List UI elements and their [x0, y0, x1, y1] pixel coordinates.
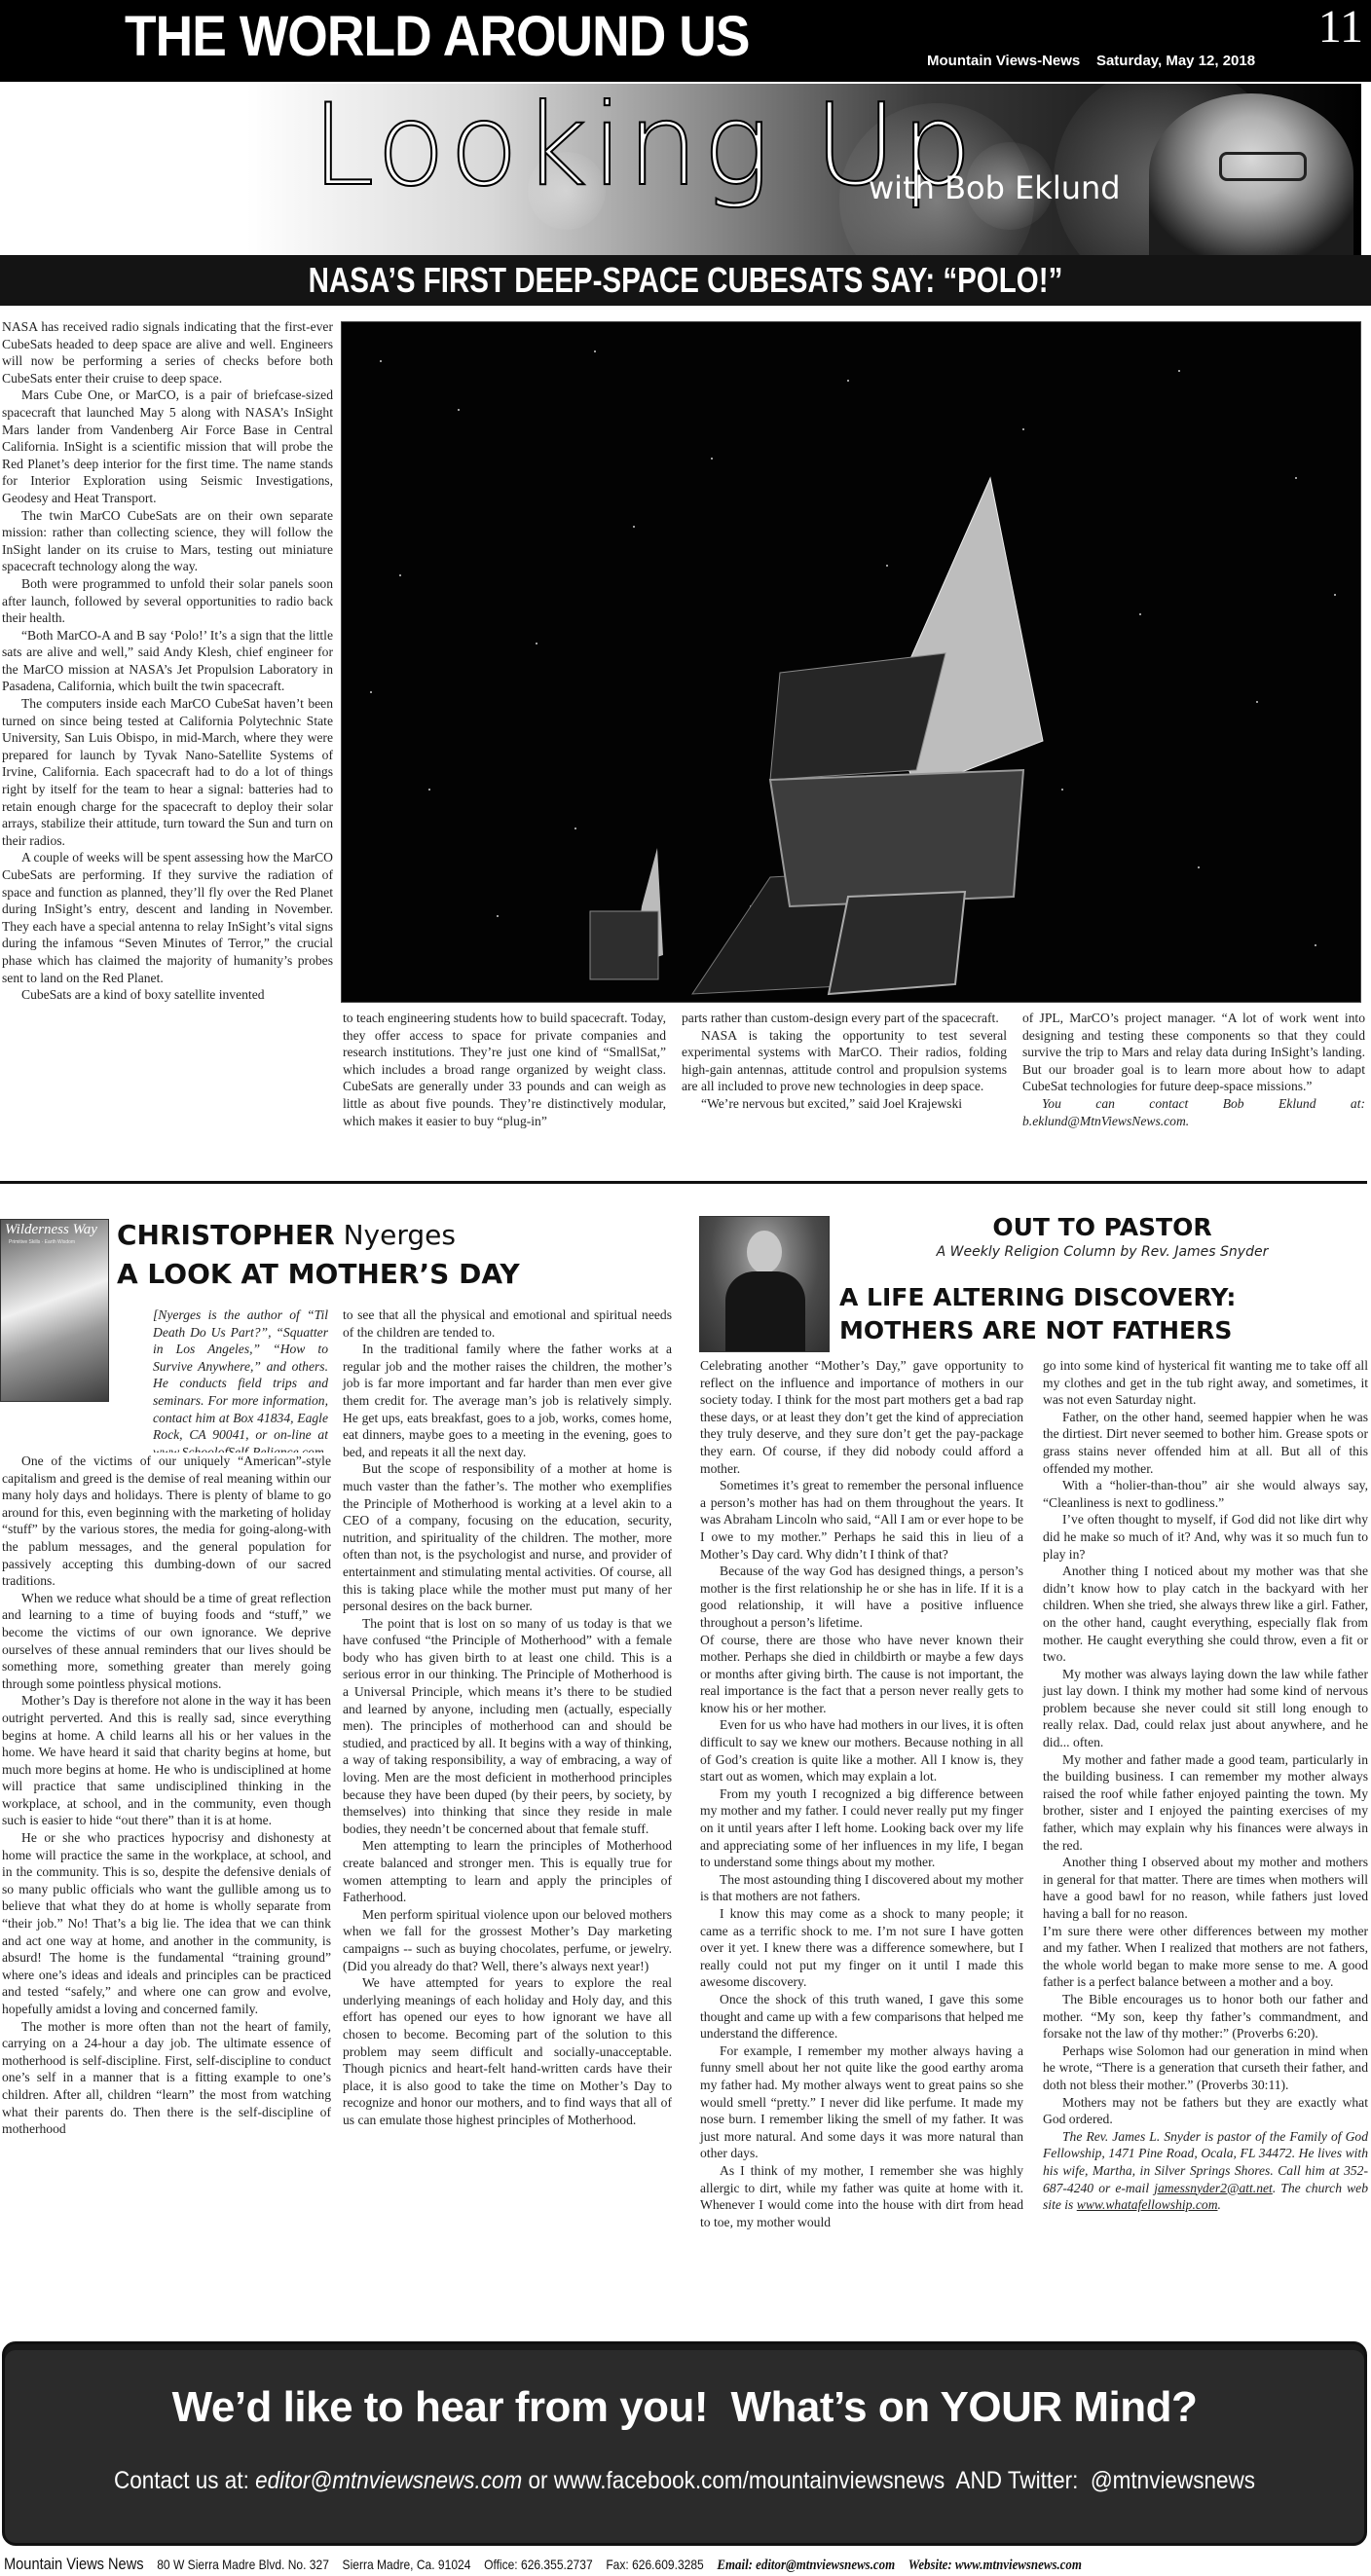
- columnist-name: CHRISTOPHER Nyerges: [117, 1219, 456, 1251]
- paragraph: The most astounding thing I discovered a…: [700, 1871, 1023, 1905]
- paragraph: Mother’s Day is therefore not alone in t…: [2, 1692, 331, 1829]
- contact-line: Contact us at: editor@mtnviewsnews.com o…: [73, 2467, 1296, 2495]
- page-number: 11: [1318, 0, 1363, 54]
- footer-website[interactable]: Website: www.mtnviewsnews.com: [908, 2558, 1082, 2573]
- paragraph: of JPL, MarCO’s project manager. “A lot …: [1022, 1010, 1365, 1095]
- pastor-column-name: OUT TO PASTOR: [839, 1213, 1365, 1241]
- paragraph: My mother and father made a good team, p…: [1043, 1751, 1368, 1855]
- section-title: THE WORLD AROUND US: [125, 4, 750, 69]
- paragraph: “We’re nervous but excited,” said Joel K…: [682, 1095, 1007, 1113]
- footer-email[interactable]: Email: editor@mtnviewsnews.com: [717, 2558, 895, 2573]
- book-cover-subtitle: Primitive Skills · Earth Wisdom: [9, 1239, 75, 1245]
- issue-date: Saturday, May 12, 2018: [1096, 53, 1255, 69]
- paragraph: When we reduce what should be a time of …: [2, 1590, 331, 1693]
- paragraph: Once the shock of this truth waned, I ga…: [700, 1991, 1023, 2042]
- paragraph: The computers inside each MarCO CubeSat …: [2, 695, 333, 849]
- paragraph: Mars Cube One, or MarCO, is a pair of br…: [2, 386, 333, 506]
- looking-up-banner: Looking Up with Bob Eklund: [2, 84, 1361, 255]
- paragraph: The Bible encourages us to honor both ou…: [1043, 1991, 1368, 2042]
- contact-or: or: [522, 2467, 554, 2494]
- twitter-label: AND Twitter:: [945, 2467, 1091, 2494]
- church-website-link[interactable]: www.whatafellowship.com: [1077, 2197, 1218, 2212]
- footer-paper-name: Mountain Views News: [4, 2555, 144, 2573]
- title-line-1: A LIFE ALTERING DISCOVERY:: [839, 1281, 1236, 1314]
- paragraph: Another thing I observed about my mother…: [1043, 1854, 1368, 1922]
- paragraph: Because of the way God has designed thin…: [700, 1563, 1023, 1631]
- paragraph: For example, I remember my mother always…: [700, 2042, 1023, 2162]
- lead-article-col-3: parts rather than custom-design every pa…: [682, 1010, 1007, 1113]
- facebook-link[interactable]: www.facebook.com/mountainviewsnews: [554, 2467, 945, 2494]
- footer-office-phone: Office: 626.355.2737: [484, 2557, 593, 2572]
- photo-head-shape: [747, 1231, 782, 1273]
- lead-headline: NASA’S FIRST DEEP-SPACE CUBESATS SAY: “P…: [124, 255, 1248, 306]
- photo-suit-shape: [725, 1271, 805, 1352]
- paragraph: to see that all the physical and emotion…: [343, 1306, 672, 1341]
- author-contact-note[interactable]: You can contact Bob Eklund at: b.eklund@…: [1022, 1095, 1365, 1129]
- paragraph: With a “holier-than-thou” air she would …: [1043, 1477, 1368, 1511]
- paragraph: Of course, there are those who have neve…: [700, 1632, 1023, 1717]
- paragraph: Sometimes it’s great to remember the per…: [700, 1477, 1023, 1563]
- footer-address: 80 W Sierra Madre Blvd. No. 327: [157, 2557, 329, 2572]
- paragraph: CubeSats are a kind of boxy satellite in…: [2, 986, 333, 1004]
- paragraph: go into some kind of hysterical fit want…: [1043, 1357, 1368, 1409]
- paragraph: parts rather than custom-design every pa…: [682, 1010, 1007, 1027]
- paragraph: We have attempted for years to explore t…: [343, 1974, 672, 2128]
- bio-text: .: [1218, 2197, 1221, 2212]
- paragraph: Men perform spiritual violence upon our …: [343, 1906, 672, 1974]
- headline-bar: NASA’S FIRST DEEP-SPACE CUBESATS SAY: “P…: [0, 255, 1371, 306]
- columnist-last-name: Nyerges: [335, 1219, 456, 1251]
- paper-name: Mountain Views-News: [927, 53, 1080, 69]
- paragraph: Celebrating another “Mother’s Day,” gave…: [700, 1357, 1023, 1477]
- nyerges-article-title: A LOOK AT MOTHER’S DAY: [117, 1258, 520, 1290]
- masthead: THE WORLD AROUND US 11 Mountain Views-Ne…: [0, 0, 1371, 82]
- paragraph: My mother was always laying down the law…: [1043, 1666, 1368, 1751]
- editor-email-link[interactable]: editor@mtnviewsnews.com: [255, 2467, 522, 2494]
- page-footer: Mountain Views News 80 W Sierra Madre Bl…: [4, 2555, 1176, 2574]
- paper-date-line: Mountain Views-News Saturday, May 12, 20…: [927, 53, 1255, 69]
- contact-prefix: Contact us at:: [114, 2467, 255, 2494]
- glasses-shape: [1219, 152, 1307, 181]
- paragraph: The mother is more often than not the he…: [2, 2018, 331, 2138]
- paragraph: Another thing I noticed about my mother …: [1043, 1563, 1368, 1666]
- paragraph: The twin MarCO CubeSats are on their own…: [2, 507, 333, 575]
- paragraph: Even for us who have had mothers in our …: [700, 1716, 1023, 1785]
- james-snyder-photo: [699, 1216, 830, 1352]
- column-byline: with Bob Eklund: [869, 169, 1121, 206]
- paragraph: In the traditional family where the fath…: [343, 1341, 672, 1460]
- pastor-bio: The Rev. James L. Snyder is pastor of th…: [1043, 2128, 1368, 2214]
- section-divider: [0, 1181, 1367, 1184]
- lead-article-col-2: to teach engineering students how to bui…: [343, 1010, 666, 1129]
- paragraph: From my youth I recognized a big differe…: [700, 1785, 1023, 1871]
- pastor-col-1: Celebrating another “Mother’s Day,” gave…: [700, 1357, 1023, 2230]
- bob-eklund-portrait: [1149, 93, 1353, 255]
- nyerges-col-1: One of the victims of our uniquely “Amer…: [2, 1306, 331, 2138]
- cubesat-illustration-icon: [342, 322, 1361, 1003]
- paragraph: But the scope of responsibility of a mot…: [343, 1460, 672, 1614]
- paragraph: Mothers may not be fathers but they are …: [1043, 2094, 1368, 2128]
- lead-article-col-1: NASA has received radio signals indicati…: [2, 318, 333, 1004]
- paragraph: Perhaps wise Solomon had our generation …: [1043, 2042, 1368, 2094]
- book-cover-title: Wilderness Way: [5, 1222, 97, 1238]
- paragraph: to teach engineering students how to bui…: [343, 1010, 666, 1129]
- columnist-first-name: CHRISTOPHER: [117, 1219, 335, 1251]
- contact-call-to-action: We’d like to hear from you! What’s on YO…: [5, 2383, 1364, 2432]
- paragraph: The point that is lost on so many of us …: [343, 1615, 672, 1838]
- pastor-column-subtitle: A Weekly Religion Column by Rev. James S…: [839, 1244, 1365, 1260]
- paragraph: Father, on the other hand, seemed happie…: [1043, 1409, 1368, 1477]
- paragraph: He or she who practices hypocrisy and di…: [2, 1829, 331, 2018]
- paragraph: I’ve often thought to myself, if God did…: [1043, 1511, 1368, 1563]
- paragraph: Men attempting to learn the principles o…: [343, 1837, 672, 1905]
- paragraph: One of the victims of our uniquely “Amer…: [2, 1453, 331, 1590]
- pastor-email-link[interactable]: jamessnyder2@att.net: [1154, 2181, 1273, 2195]
- pastor-col-2: go into some kind of hysterical fit want…: [1043, 1357, 1368, 2214]
- title-line-2: MOTHERS ARE NOT FATHERS: [839, 1314, 1236, 1347]
- paragraph: As I think of my mother, I remember she …: [700, 2162, 1023, 2230]
- footer-fax: Fax: 626.609.3285: [606, 2557, 703, 2572]
- marco-cubesats-image: [341, 321, 1361, 1003]
- paragraph: I know this may come as a shock to many …: [700, 1905, 1023, 1991]
- footer-city: Sierra Madre, Ca. 91024: [343, 2557, 471, 2572]
- twitter-handle-link[interactable]: @mtnviewsnews: [1091, 2467, 1255, 2494]
- bio-float-spacer: [2, 1306, 154, 1453]
- paragraph: NASA has received radio signals indicati…: [2, 318, 333, 386]
- reader-contact-box: We’d like to hear from you! What’s on YO…: [2, 2341, 1367, 2546]
- paragraph: I’m sure there were other differences be…: [1043, 1923, 1368, 1991]
- nyerges-col-2: to see that all the physical and emotion…: [343, 1306, 672, 2129]
- lead-article-col-4: of JPL, MarCO’s project manager. “A lot …: [1022, 1010, 1365, 1129]
- paragraph: A couple of weeks will be spent assessin…: [2, 849, 333, 986]
- paragraph: NASA is taking the opportunity to test s…: [682, 1027, 1007, 1095]
- paragraph: “Both MarCO-A and B say ‘Polo!’ It’s a s…: [2, 627, 333, 695]
- pastor-article-title: A LIFE ALTERING DISCOVERY: MOTHERS ARE N…: [839, 1281, 1236, 1347]
- paragraph: Both were programmed to unfold their sol…: [2, 575, 333, 627]
